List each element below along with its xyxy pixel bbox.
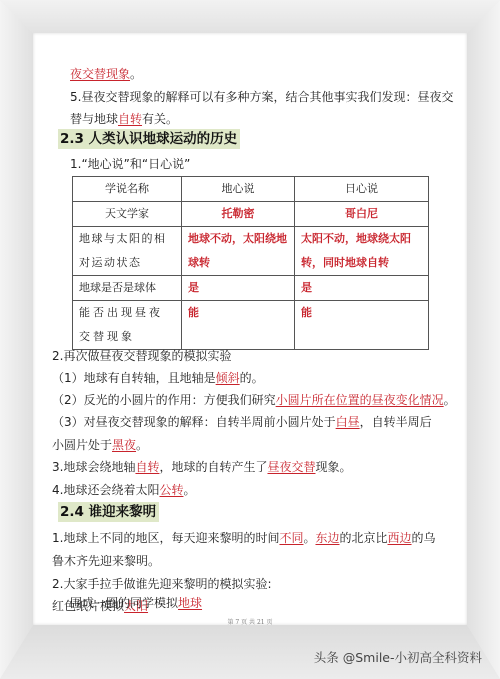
frame-left [0,0,33,679]
text: 4.地球还会绕着太阳 [52,483,159,497]
text: 。 [444,393,456,407]
list-item-4: 4.地球还会绕着太阳公转。 [52,482,195,498]
text: 。 [303,531,315,545]
highlight-answer: 西边 [388,531,412,545]
list-item-2: 2.大家手拉手做谁先迎来黎明的模拟实验: [52,576,272,592]
sub-item-3: （3）对昼夜交替现象的解释：自转半周前小圆片处于白昼，自转半周后 [52,414,432,430]
table-header-row: 学说名称 地心说 日心说 [73,177,429,202]
sub-item-2: （2）反光的小圆片的作用：方便我们研究小圆片所在位置的昼夜变化情况。 [52,392,456,408]
highlight-answer: 公转 [159,483,183,497]
highlight-answer: 自转 [118,112,142,126]
geocentric-heliocentric-table: 学说名称 地心说 日心说 天文学家 托勒密 哥白尼 地球与太阳的相对运动状态 地… [72,176,429,350]
text: 的北京比 [340,531,388,545]
table-row: 能否出现昼夜交替现象 能 能 [73,301,429,350]
text: 小圆片处于 [52,438,112,452]
table-cell: 是 [182,276,295,301]
table-cell-label: 天文学家 [73,202,182,227]
text: 。 [130,67,142,81]
text: 现象。 [316,460,352,474]
text: 3.地球会绕地轴 [52,460,135,474]
text: 。 [136,438,148,452]
highlight-answer: 地球 [178,596,202,610]
text: 。 [183,483,195,497]
table-header: 学说名称 [73,177,182,202]
table-cell-label: 地球是否是球体 [73,276,182,301]
section-heading-2-3: 2.3 人类认识地球运动的历史 [58,129,240,149]
frame-top [0,0,500,33]
list-item-1-cont: 鲁木齐先迎来黎明。 [52,553,160,569]
watermark: 头条 @Smile-小初高全科资料 [314,648,482,666]
list-item-3: 3.地球会绕地轴自转，地球的自转产生了昼夜交替现象。 [52,459,352,475]
highlight-answer: 白昼 [336,415,360,429]
table-cell: 地球不动，太阳绕地球转 [182,227,295,276]
list-item-2: 2.再次做昼夜交替现象的模拟实验 [52,348,231,364]
table-row: 天文学家 托勒密 哥白尼 [73,202,429,227]
text: 的。 [240,371,264,385]
text: 有关。 [142,112,178,126]
table-row: 地球与太阳的相对运动状态 地球不动，太阳绕地球转 太阳不动，地球绕太阳转，同时地… [73,227,429,276]
highlight-answer: 小圆片所在位置的昼夜变化情况 [276,393,444,407]
sim-line-earth: 围成一圈的同学模拟地球 [70,595,202,611]
table-cell: 托勒密 [182,202,295,227]
table-cell: 是 [295,276,429,301]
list-item-1: 1.“地心说”和“日心说” [70,156,190,172]
table-cell: 太阳不动，地球绕太阳转，同时地球自转 [295,227,429,276]
highlight-answer: 东边 [315,531,339,545]
sub-item-3-cont: 小圆片处于黑夜。 [52,437,148,453]
highlight-answer: 昼夜交替 [267,460,315,474]
text: 的乌 [412,531,436,545]
section-heading-2-4: 2.4 谁迎来黎明 [58,502,159,522]
text: 围成一圈的同学模拟 [70,596,178,610]
table-row: 地球是否是球体 是 是 [73,276,429,301]
table-cell-label: 能否出现昼夜交替现象 [73,301,182,350]
page-number: 第 7 页 共 21 页 [33,617,467,626]
highlight-answer: 黑夜 [112,438,136,452]
text: （1）地球有自转轴，且地轴是 [52,371,216,385]
list-item-1: 1.地球上不同的地区，每天迎来黎明的时间不同。东边的北京比西边的乌 [52,530,436,546]
text: 1.地球上不同的地区，每天迎来黎明的时间 [52,531,279,545]
table-cell-label: 地球与太阳的相对运动状态 [73,227,182,276]
text: ，地球的自转产生了 [159,460,267,474]
table-cell: 能 [295,301,429,350]
highlight-answer: 夜交替现象 [70,67,130,81]
frame-right [467,0,500,679]
table-header: 地心说 [182,177,295,202]
highlight-answer: 自转 [135,460,159,474]
highlight-answer: 不同 [279,531,303,545]
text: （2）反光的小圆片的作用：方便我们研究 [52,393,276,407]
sub-item-1: （1）地球有自转轴，且地轴是倾斜的。 [52,370,264,386]
text: 替与地球 [70,112,118,126]
text-line: 5.昼夜交替现象的解释可以有多种方案，结合其他事实我们发现：昼夜交 [70,89,453,105]
table-header: 日心说 [295,177,429,202]
highlight-answer: 倾斜 [216,371,240,385]
text-line: 夜交替现象。 [70,66,142,82]
text-line: 替与地球自转有关。 [70,111,178,127]
text: （3）对昼夜交替现象的解释：自转半周前小圆片处于 [52,415,336,429]
table-cell: 哥白尼 [295,202,429,227]
table-cell: 能 [182,301,295,350]
text: ，自转半周后 [360,415,432,429]
document-page: 夜交替现象。 5.昼夜交替现象的解释可以有多种方案，结合其他事实我们发现：昼夜交… [33,33,467,625]
